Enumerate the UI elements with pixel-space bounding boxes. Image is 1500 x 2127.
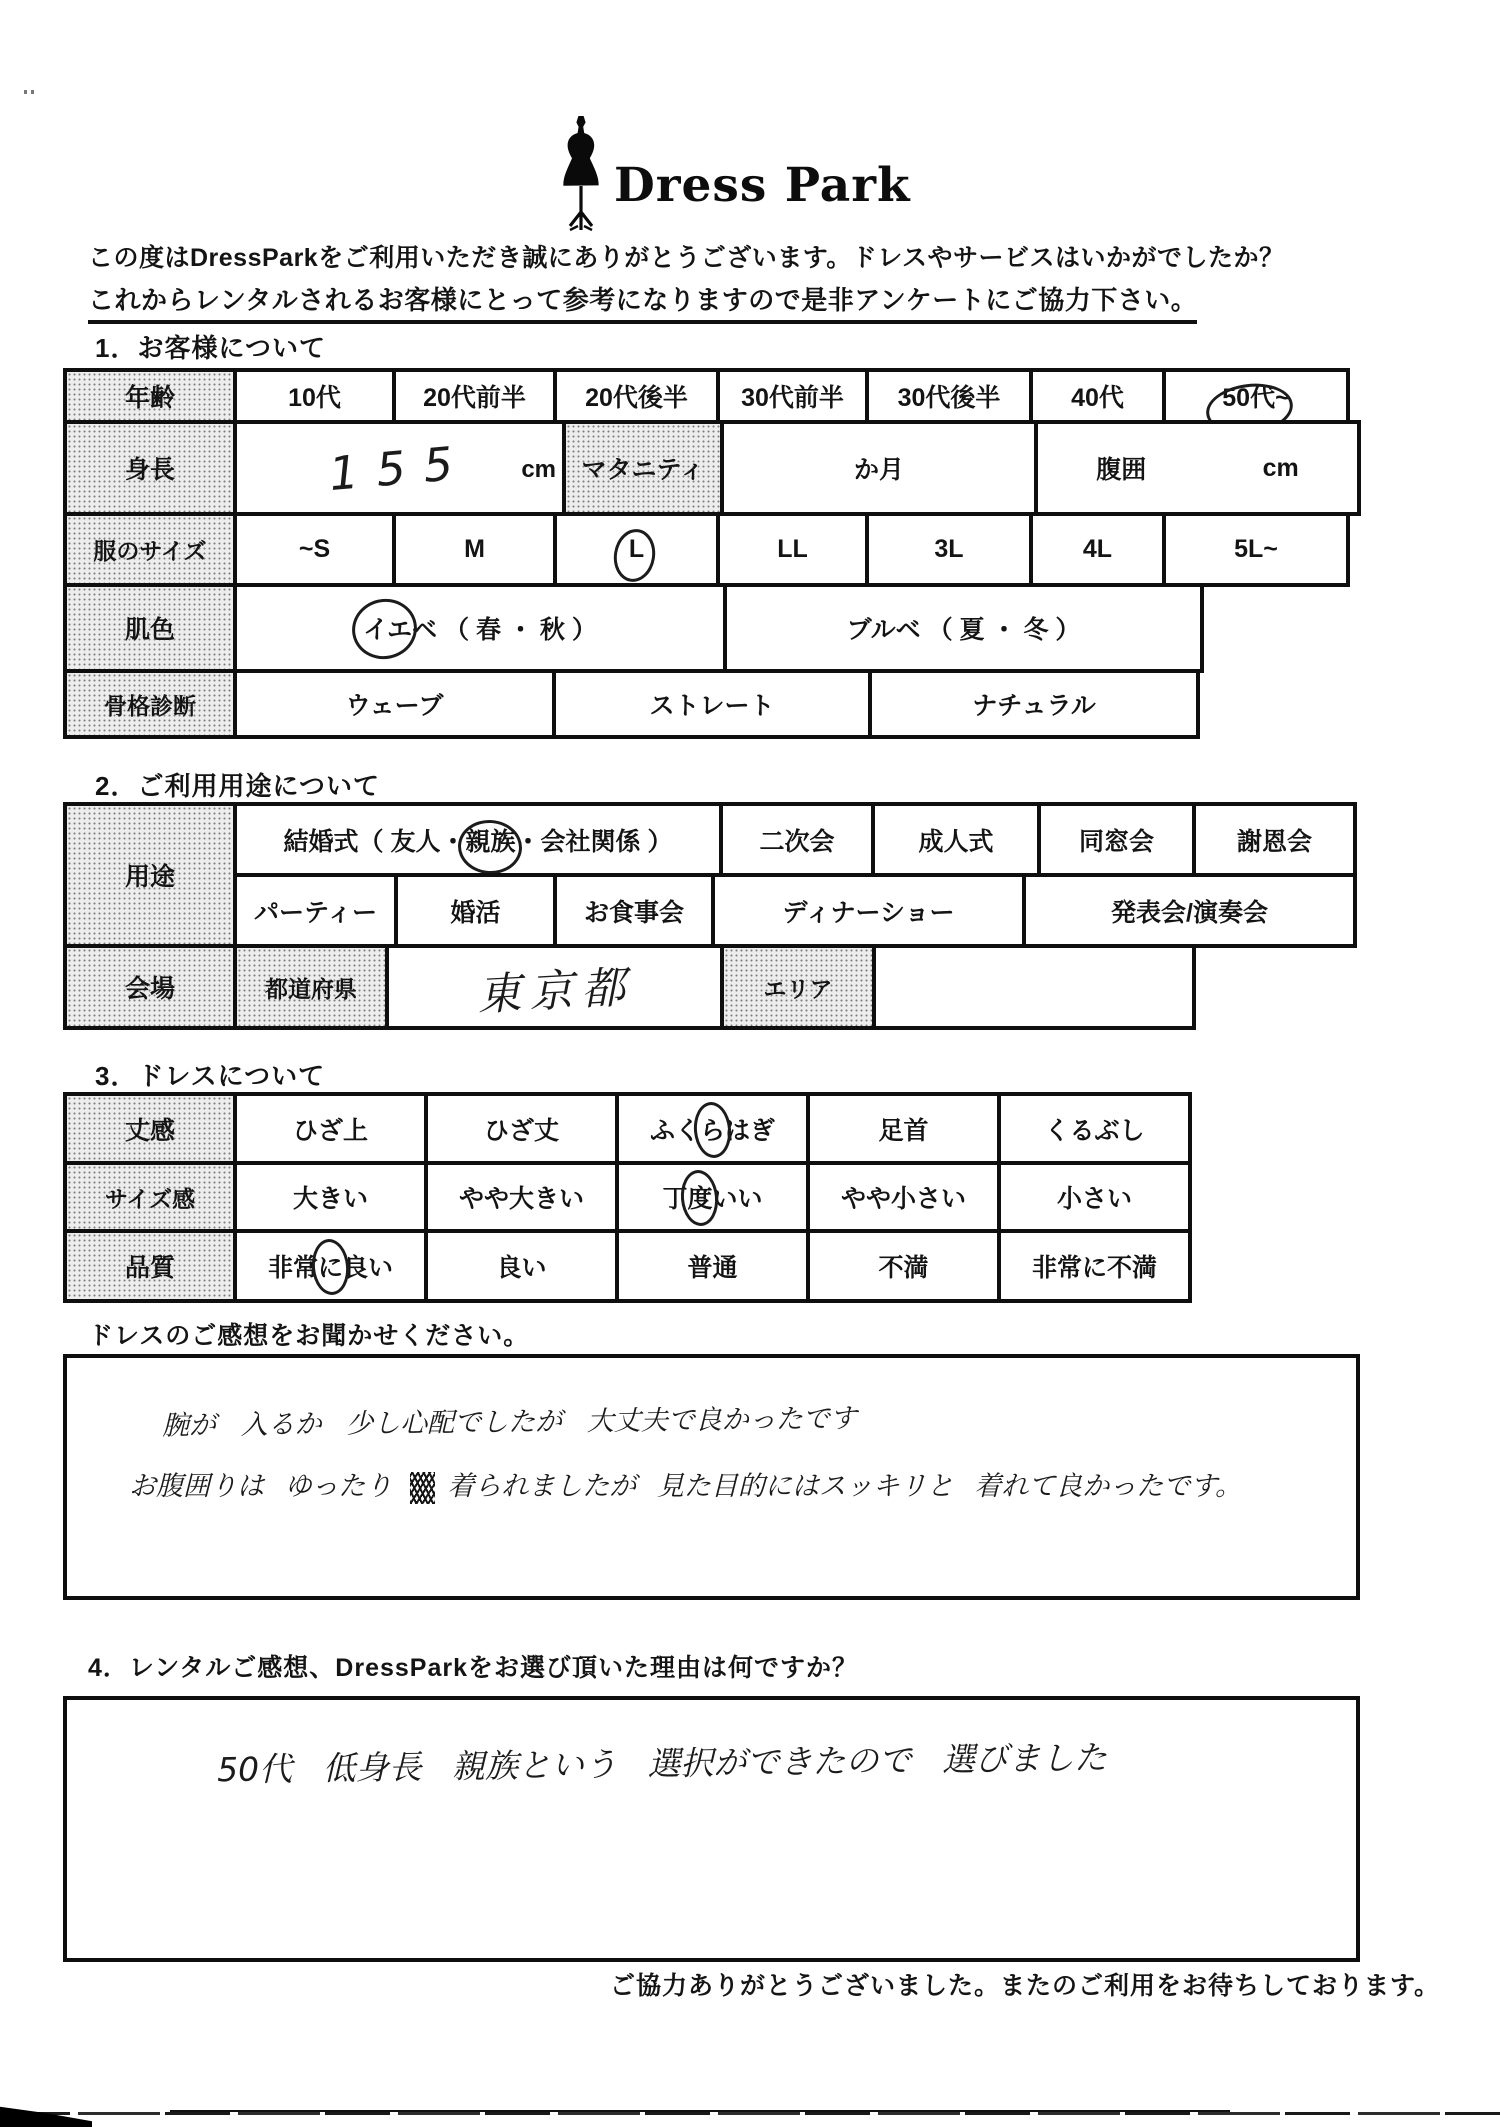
logo-text: Dress Park — [614, 158, 911, 213]
quality-option-normal: 普通 — [615, 1229, 810, 1303]
handwritten-circle-mark: 親族 — [465, 822, 515, 858]
age-option-late30s: 30代後半 — [865, 368, 1033, 424]
scan-artifact-line — [0, 2112, 1500, 2115]
quality-post: 良い — [343, 1248, 393, 1284]
customer-info-table: 年齢 10代 20代前半 20代後半 30代前半 30代後半 40代 50代~ … — [63, 368, 1361, 739]
dress-feedback-table: 丈感 ひざ上 ひざ丈 ふくらはぎ 足首 くるぶし サイズ感 大きい やや大きい … — [63, 1092, 1192, 1303]
purpose-option-konkatsu: 婚活 — [394, 873, 557, 948]
skin-option-warm-selected: イエベ （ 春 ・ 秋 ） — [233, 583, 727, 673]
skin-row: 肌色 イエベ （ 春 ・ 秋 ） ブルベ （ 夏 ・ 冬 ） — [63, 583, 1361, 673]
skeleton-option-natural: ナチュラル — [868, 669, 1200, 739]
scan-artifact-line2 — [170, 2110, 1230, 2112]
length-row: 丈感 ひざ上 ひざ丈 ふくらはぎ 足首 くるぶし — [63, 1092, 1192, 1165]
waist-unit-label: cm — [1263, 454, 1299, 483]
handwritten-reason: 50代 低身長 親族という 選択ができたので 選びました — [217, 1732, 1108, 1791]
skeleton-row: 骨格診断 ウェーブ ストレート ナチュラル — [63, 669, 1361, 739]
section2-title: 2．ご利用用途について — [95, 766, 380, 803]
length-option-above-knee: ひざ上 — [233, 1092, 428, 1165]
footer-thanks: ご協力ありがとうございました。またのご利用をお待ちしております。 — [63, 1966, 1440, 2002]
scribbled-out-character — [410, 1472, 435, 1504]
length-option-ankle: 足首 — [806, 1092, 1001, 1165]
length-option-knee: ひざ丈 — [424, 1092, 619, 1165]
fit-pre: 丁 — [662, 1179, 687, 1215]
size-option-5l: 5L~ — [1162, 512, 1350, 587]
purpose-options-group: 結婚式（ 友人・親族・会社関係 ） 二次会 成人式 同窓会 謝恩会 パーティー … — [233, 802, 1357, 948]
purpose-option-thanks-party: 謝恩会 — [1192, 802, 1357, 877]
area-value-cell — [872, 944, 1196, 1030]
fit-option-bit-big: やや大きい — [424, 1161, 619, 1233]
skin-option-cool: ブルベ （ 夏 ・ 冬 ） — [723, 583, 1204, 673]
purpose-option-afterparty: 二次会 — [719, 802, 875, 877]
purpose-option-party: パーティー — [233, 873, 398, 948]
waist-cell: 腹囲 cm — [1034, 420, 1361, 516]
handwritten-feedback-line2: お腹囲りは ゆったり着られましたが 見た目的にはスッキリと 着れて良かったです。 — [129, 1464, 1242, 1504]
purpose-row-header: 用途 — [63, 802, 237, 948]
handwritten-circle-mark: L — [629, 535, 644, 564]
age-option-early20s: 20代前半 — [392, 368, 557, 424]
handwritten-circle-mark: ら — [700, 1111, 725, 1147]
fit-option-bit-small: やや小さい — [806, 1161, 1001, 1233]
calf-pre: ふく — [650, 1111, 700, 1147]
size-option-4l: 4L — [1029, 512, 1166, 587]
intro-text: この度はDressParkをご利用いただき誠にありがとうございます。ドレスやサー… — [88, 238, 1284, 274]
purpose-option-dinner: お食事会 — [553, 873, 715, 948]
age-option-50s-selected: 50代~ — [1162, 368, 1350, 424]
handwritten-circle-mark: に — [318, 1248, 343, 1284]
venue-row: 会場 都道府県 東京都 エリア — [63, 944, 1357, 1030]
quality-option-very-unsatisfied: 非常に不満 — [997, 1229, 1192, 1303]
section4-title: 4．レンタルご感想、DressParkをお選び頂いた理由は何ですか？ — [88, 1648, 858, 1684]
venue-row-header: 会場 — [63, 944, 237, 1030]
prefecture-header: 都道府県 — [233, 944, 389, 1030]
purpose-options-row2: パーティー 婚活 お食事会 ディナーショー 発表会/演奏会 — [233, 873, 1357, 948]
length-option-anklebone: くるぶし — [997, 1092, 1192, 1165]
wedding-pre: 結婚式（ 友人・ — [284, 822, 466, 858]
height-value-cell: 155 cm — [233, 420, 566, 516]
size-option-3l: 3L — [865, 512, 1033, 587]
fit-row-header: サイズ感 — [63, 1161, 237, 1233]
purpose-option-reunion: 同窓会 — [1037, 802, 1196, 877]
dress-mannequin-icon — [552, 116, 610, 236]
purpose-options-row1: 結婚式（ 友人・親族・会社関係 ） 二次会 成人式 同窓会 謝恩会 — [233, 802, 1357, 877]
size-option-l-selected: L — [553, 512, 720, 587]
handwritten-circle-mark: 50代~ — [1222, 378, 1289, 414]
wedding-post: ・会社関係 ） — [516, 822, 673, 858]
height-row: 身長 155 cm マタニティ か月 腹囲 cm — [63, 420, 1361, 516]
fit-option-just-right-selected: 丁度いい — [615, 1161, 810, 1233]
handwritten-circle-mark: イエ — [363, 610, 412, 646]
section3-title: 3．ドレスについて — [95, 1056, 325, 1093]
scan-speck — [24, 90, 38, 94]
height-unit-label: cm — [521, 456, 556, 484]
quality-row-header: 品質 — [63, 1229, 237, 1303]
age-option-early30s: 30代前半 — [716, 368, 869, 424]
scanned-questionnaire-page: Dress Park この度はDressParkをご利用いただき誠にありがとうご… — [0, 0, 1500, 2127]
size-option-ll: LL — [716, 512, 869, 587]
size-option-s: ~S — [233, 512, 396, 587]
feedback-textbox: 腕が 入るか 少し心配でしたが 大丈夫で良かったです お腹囲りは ゆったり着られ… — [63, 1354, 1360, 1600]
calf-post: はぎ — [725, 1111, 775, 1147]
age-row: 年齢 10代 20代前半 20代後半 30代前半 30代後半 40代 50代~ — [63, 368, 1361, 424]
prefecture-value-cell: 東京都 — [385, 944, 724, 1030]
fit-row: サイズ感 大きい やや大きい 丁度いい やや小さい 小さい — [63, 1161, 1192, 1233]
age-option-late20s: 20代後半 — [553, 368, 720, 424]
purpose-option-recital: 発表会/演奏会 — [1022, 873, 1357, 948]
fit-option-big: 大きい — [233, 1161, 428, 1233]
feedback-line2-pre: お腹囲りは ゆったり — [129, 1471, 392, 1502]
quality-row: 品質 非常に良い 良い 普通 不満 非常に不満 — [63, 1229, 1192, 1303]
quality-option-unsatisfied: 不満 — [806, 1229, 1001, 1303]
skeleton-option-wave: ウェーブ — [233, 669, 556, 739]
handwritten-circle-mark: 度 — [687, 1179, 712, 1215]
purpose-option-dinner-show: ディナーショー — [711, 873, 1026, 948]
size-option-m: M — [392, 512, 557, 587]
maternity-header: マタニティ — [562, 420, 724, 516]
handwritten-prefecture: 東京都 — [475, 951, 634, 1023]
waist-label: 腹囲 — [1096, 450, 1146, 486]
handwritten-height-value: 155 — [327, 435, 473, 501]
purpose-option-wedding: 結婚式（ 友人・親族・会社関係 ） — [233, 802, 723, 877]
reason-textbox: 50代 低身長 親族という 選択ができたので 選びました — [63, 1696, 1360, 1962]
skin-row-header: 肌色 — [63, 583, 237, 673]
quality-option-good: 良い — [424, 1229, 619, 1303]
length-row-header: 丈感 — [63, 1092, 237, 1165]
purpose-group-row: 用途 結婚式（ 友人・親族・会社関係 ） 二次会 成人式 同窓会 謝恩会 パーテ… — [63, 802, 1357, 948]
age-option-10s: 10代 — [233, 368, 396, 424]
feedback-line2-post: 着られましたが 見た目的にはスッキリと 着れて良かったです。 — [447, 1471, 1242, 1502]
skin-warm-rest: ベ （ 春 ・ 秋 ） — [412, 610, 597, 646]
length-option-calf-selected: ふくらはぎ — [615, 1092, 810, 1165]
size-row: 服のサイズ ~S M L LL 3L 4L 5L~ — [63, 512, 1361, 587]
maternity-months-cell: か月 — [720, 420, 1038, 516]
quality-pre: 非常 — [268, 1248, 318, 1284]
quality-option-very-good-selected: 非常に良い — [233, 1229, 428, 1303]
size-row-header: 服のサイズ — [63, 512, 237, 587]
fit-option-small: 小さい — [997, 1161, 1192, 1233]
fit-post: いい — [713, 1179, 763, 1215]
height-row-header: 身長 — [63, 420, 237, 516]
section1-title: 1．お客様について — [95, 328, 326, 365]
purpose-option-coming-of-age: 成人式 — [871, 802, 1041, 877]
feedback-prompt: ドレスのご感想をお聞かせください。 — [88, 1316, 529, 1352]
intro-underlined-text: これからレンタルされるお客様にとって参考になりますので是非アンケートにご協力下さ… — [88, 280, 1197, 324]
area-header: エリア — [720, 944, 876, 1030]
purpose-table: 用途 結婚式（ 友人・親族・会社関係 ） 二次会 成人式 同窓会 謝恩会 パーテ… — [63, 802, 1357, 1030]
skeleton-option-straight: ストレート — [552, 669, 872, 739]
logo: Dress Park — [552, 116, 911, 236]
age-row-header: 年齢 — [63, 368, 237, 424]
handwritten-feedback-line1: 腕が 入るか 少し心配でしたが 大丈夫で良かったです — [162, 1396, 857, 1442]
age-option-40s: 40代 — [1029, 368, 1166, 424]
skeleton-row-header: 骨格診断 — [63, 669, 237, 739]
